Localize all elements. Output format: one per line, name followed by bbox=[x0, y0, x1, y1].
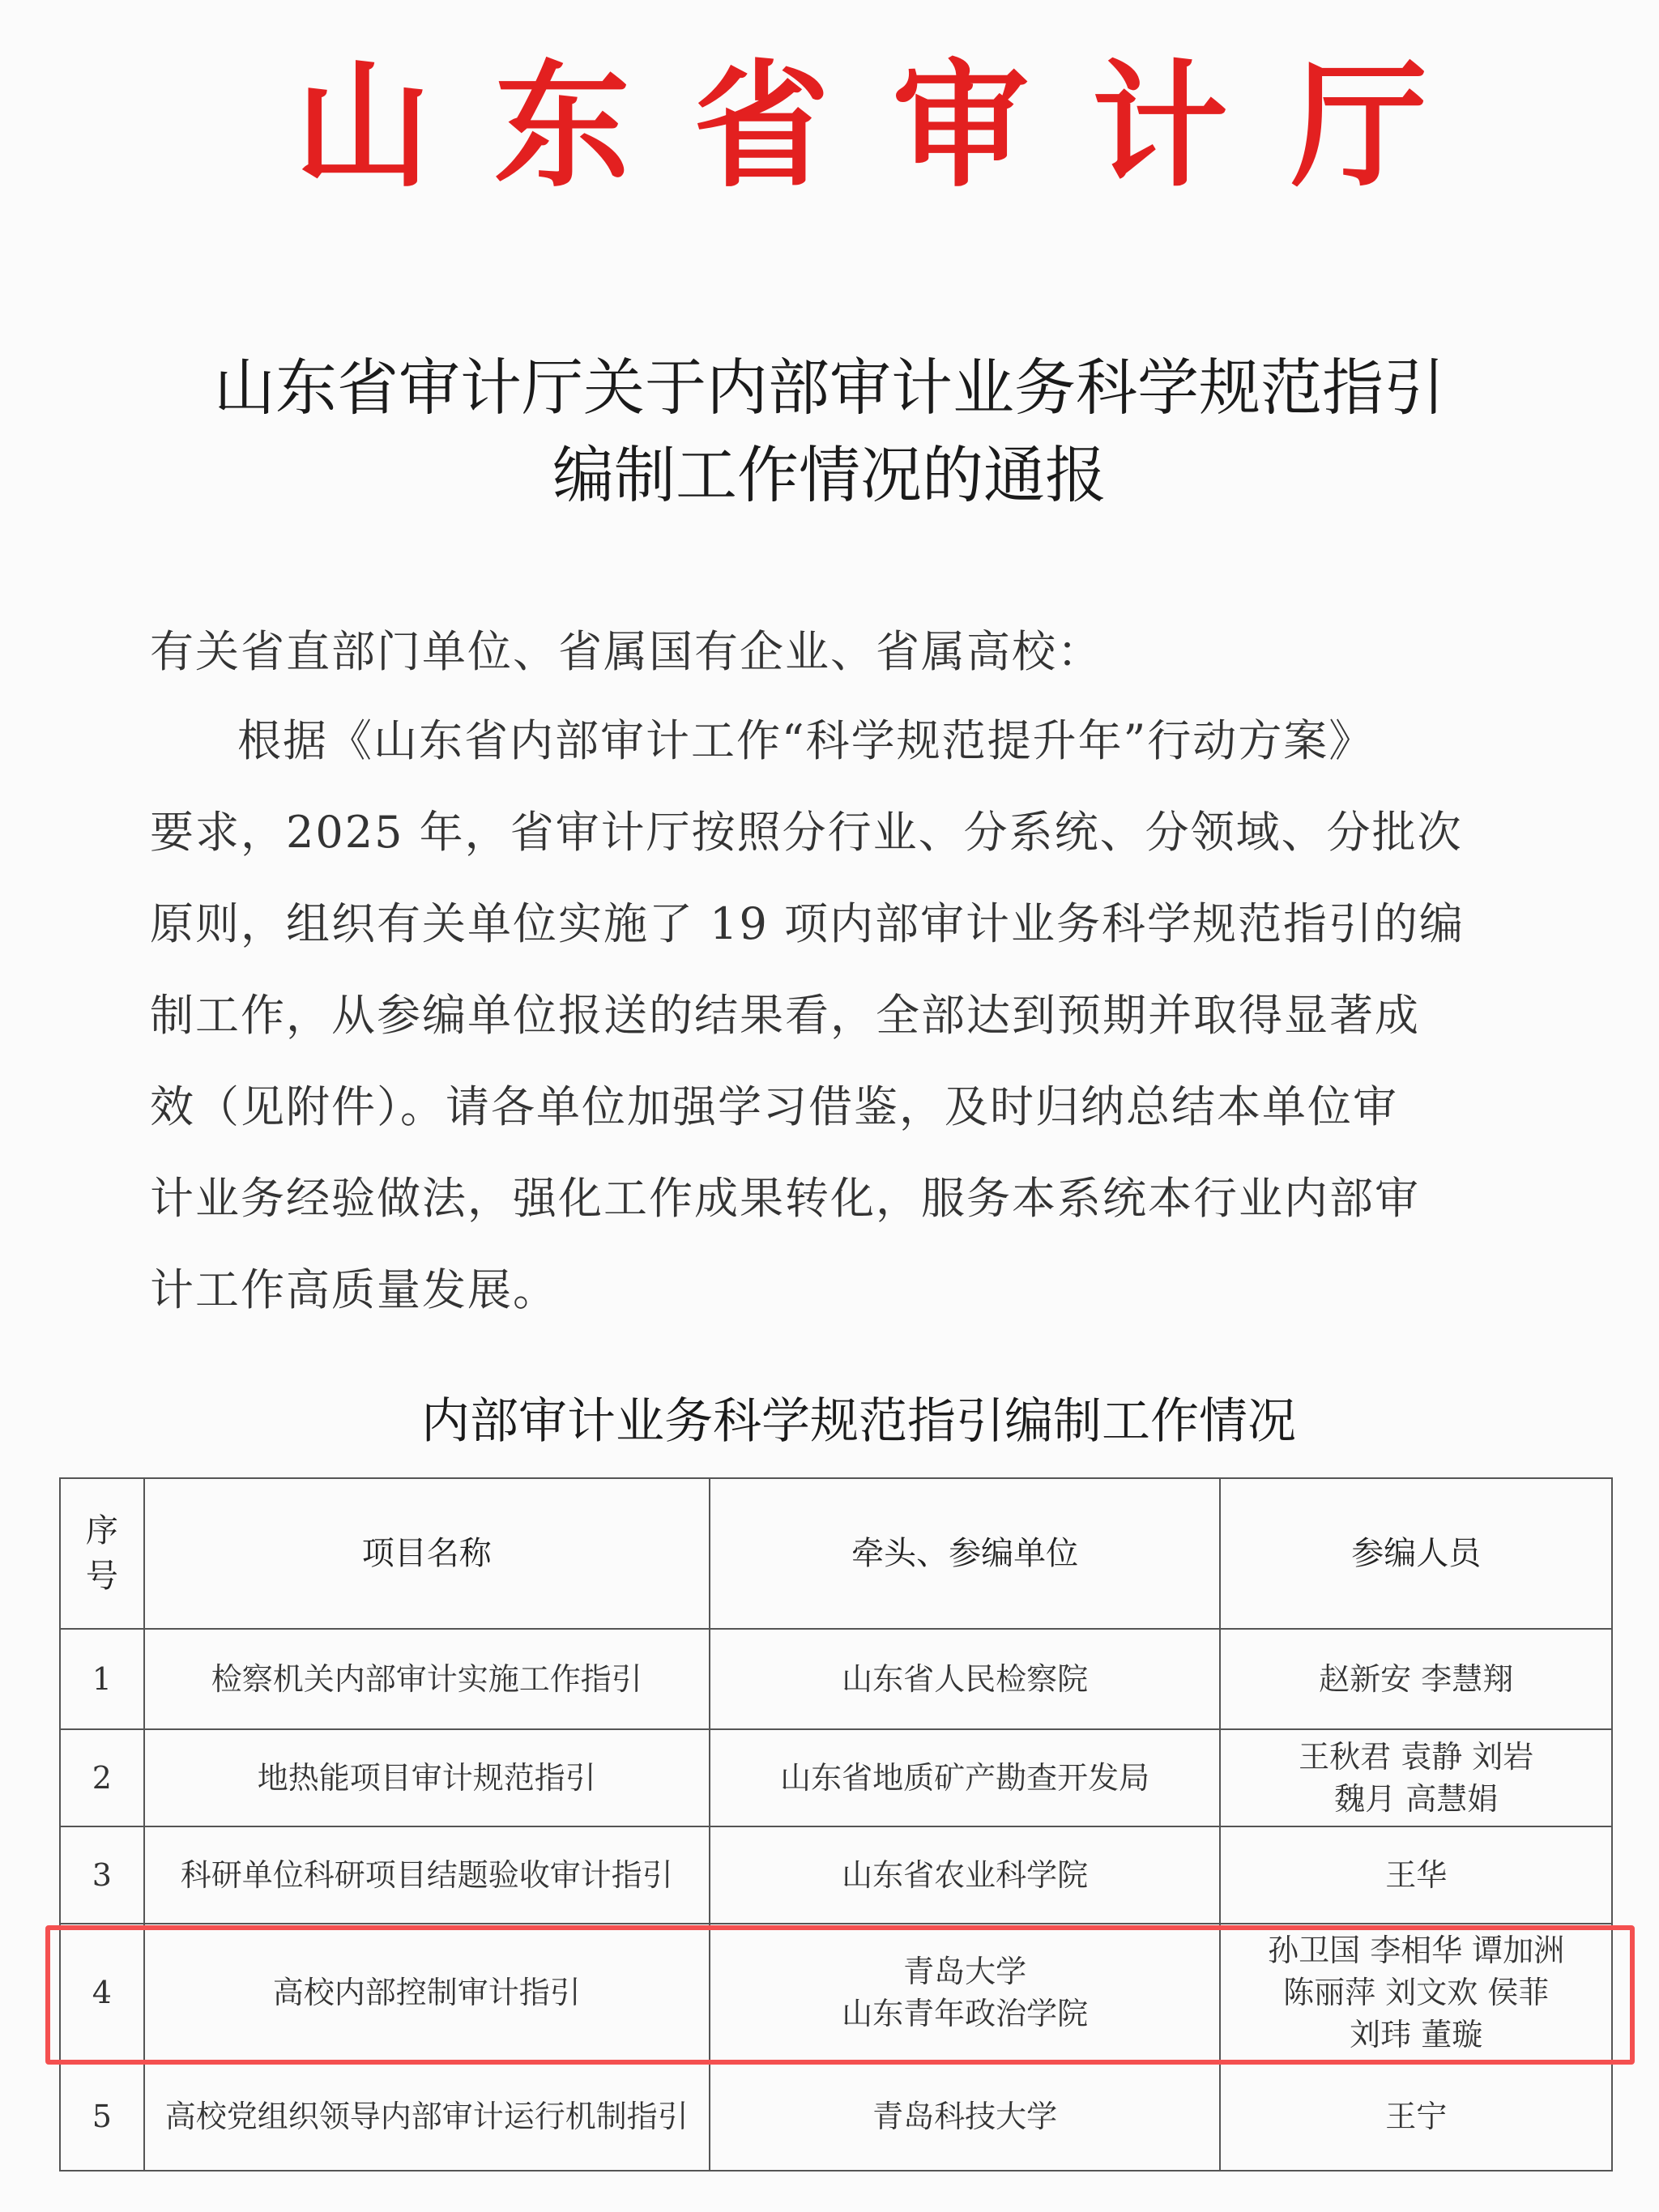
table-row: 5 高校党组织领导内部审计运行机制指引 青岛科技大学 王宁 bbox=[60, 2061, 1612, 2171]
table-row: 3 科研单位科研项目结题验收审计指引 山东省农业科学院 王华 bbox=[60, 1826, 1612, 1924]
cell-units: 青岛科技大学 bbox=[710, 2061, 1221, 2171]
table-row: 1 检察机关内部审计实施工作指引 山东省人民检察院 赵新安 李慧翔 bbox=[60, 1629, 1612, 1729]
cell-project: 检察机关内部审计实施工作指引 bbox=[144, 1629, 710, 1729]
body-line: 原则，组织有关单位实施了 19 项内部审计业务科学规范指引的编 bbox=[150, 896, 1478, 987]
cell-seq: 5 bbox=[60, 2061, 144, 2171]
cell-seq: 2 bbox=[60, 1729, 144, 1826]
cell-project: 高校党组织领导内部审计运行机制指引 bbox=[144, 2061, 710, 2171]
header-seq: 序 号 bbox=[60, 1478, 144, 1629]
body-line: 根据《山东省内部审计工作“科学规范提升年”行动方案》 bbox=[150, 713, 1478, 804]
cell-units: 青岛大学 山东青年政治学院 bbox=[710, 1924, 1221, 2061]
cell-seq: 1 bbox=[60, 1629, 144, 1729]
cell-project: 高校内部控制审计指引 bbox=[144, 1924, 710, 2061]
body-line: 效（见附件）。请各单位加强学习借鉴，及时归纳总结本单位审 bbox=[150, 1079, 1478, 1170]
body-paragraph: 根据《山东省内部审计工作“科学规范提升年”行动方案》 要求，2025 年，省审计… bbox=[150, 713, 1478, 1353]
cell-members: 赵新安 李慧翔 bbox=[1220, 1629, 1612, 1729]
masthead-title: 山东省审计厅 bbox=[0, 49, 1659, 202]
cell-units: 山东省农业科学院 bbox=[710, 1826, 1221, 1924]
header-project: 项目名称 bbox=[144, 1478, 710, 1629]
salutation: 有关省直部门单位、省属国有企业、省属高校： bbox=[150, 624, 1102, 680]
cell-members: 王宁 bbox=[1220, 2061, 1612, 2171]
document-title: 山东省审计厅关于内部审计业务科学规范指引 编制工作情况的通报 bbox=[0, 344, 1659, 519]
cell-project: 地热能项目审计规范指引 bbox=[144, 1729, 710, 1826]
document-title-line-1: 山东省审计厅关于内部审计业务科学规范指引 bbox=[0, 344, 1659, 432]
cell-units: 山东省人民检察院 bbox=[710, 1629, 1221, 1729]
table-row-highlighted: 4 高校内部控制审计指引 青岛大学 山东青年政治学院 孙卫国 李相华 谭加洲 陈… bbox=[60, 1924, 1612, 2061]
cell-members: 孙卫国 李相华 谭加洲 陈丽萍 刘文欢 侯菲 刘玮 董璇 bbox=[1220, 1924, 1612, 2061]
cell-project: 科研单位科研项目结题验收审计指引 bbox=[144, 1826, 710, 1924]
cell-seq: 4 bbox=[60, 1924, 144, 2061]
cell-members: 王华 bbox=[1220, 1826, 1612, 1924]
table-header-row: 序 号 项目名称 牵头、参编单位 参编人员 bbox=[60, 1478, 1612, 1629]
header-units: 牵头、参编单位 bbox=[710, 1478, 1221, 1629]
body-line: 计业务经验做法，强化工作成果转化，服务本系统本行业内部审 bbox=[150, 1170, 1478, 1262]
guidelines-table: 序 号 项目名称 牵头、参编单位 参编人员 1 检察机关内部审计实施工作指引 山… bbox=[59, 1477, 1613, 2172]
body-line: 制工作，从参编单位报送的结果看，全部达到预期并取得显著成 bbox=[150, 987, 1478, 1079]
body-line: 要求，2025 年，省审计厅按照分行业、分系统、分领域、分批次 bbox=[150, 804, 1478, 896]
cell-units: 山东省地质矿产勘查开发局 bbox=[710, 1729, 1221, 1826]
table-row: 2 地热能项目审计规范指引 山东省地质矿产勘查开发局 王秋君 袁静 刘岩 魏月 … bbox=[60, 1729, 1612, 1826]
header-members: 参编人员 bbox=[1220, 1478, 1612, 1629]
table-title: 内部审计业务科学规范指引编制工作情况 bbox=[0, 1389, 1659, 1454]
cell-members: 王秋君 袁静 刘岩 魏月 高慧娟 bbox=[1220, 1729, 1612, 1826]
cell-seq: 3 bbox=[60, 1826, 144, 1924]
body-line: 计工作高质量发展。 bbox=[150, 1262, 1478, 1353]
document-title-line-2: 编制工作情况的通报 bbox=[0, 432, 1659, 519]
